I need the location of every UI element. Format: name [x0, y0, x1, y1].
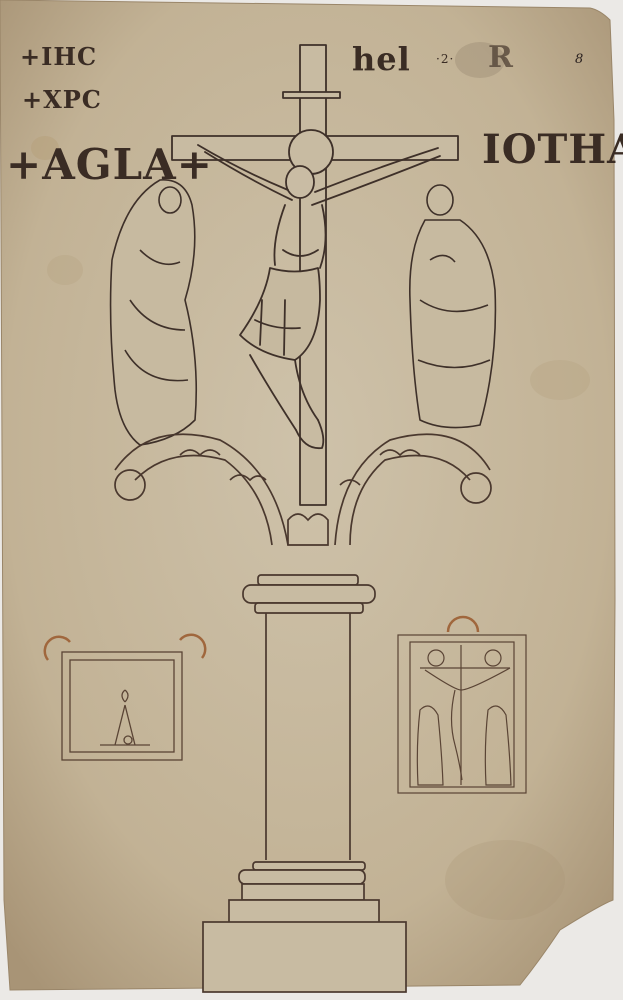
inscription-hel: hel — [352, 40, 411, 78]
inscription-iotha: IOTHA — [482, 126, 623, 173]
inscription-xpc: +XPC — [22, 85, 102, 114]
inscription-ihc: +IHC — [20, 42, 97, 71]
manuscript-image: +IHC +XPC +AGLA+ hel ·2· R IOTHA 8 — [0, 0, 623, 1000]
folio-number: 8 — [575, 52, 583, 67]
inscription-agla: +AGLA+ — [6, 140, 213, 189]
inscription-r: R — [488, 40, 514, 75]
inscription-mark: ·2· — [436, 52, 454, 66]
